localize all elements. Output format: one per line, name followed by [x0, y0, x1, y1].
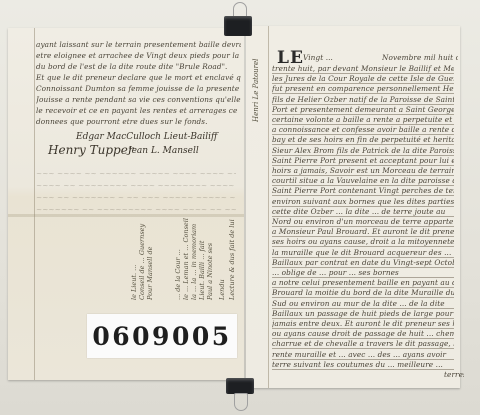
date-fragment: Novembre mil huit cent — [382, 54, 458, 62]
right-text-line: les Jures de la Cour Royale de cette Isl… — [272, 75, 454, 84]
binder-clip-top — [224, 16, 252, 36]
right-text-line: ou ayans cause droit de passage de huit … — [272, 330, 454, 339]
right-text-line: charrue et de chevalle a travers le dit … — [272, 340, 454, 349]
left-text-line: etre eloignee et arrachee de Vingt deux … — [36, 52, 241, 60]
left-text-line: ayant laissant sur le terrain presenteme… — [36, 41, 241, 49]
margin-note-line: Lendu — [218, 279, 226, 300]
bleed-through-text: ~~~~ ~~ ~~~~~~~~ ~~~~ ~~~~~~~~ ~~~~ ~~~~… — [36, 182, 236, 190]
margin-note-line: Paul a Ninote ses — [206, 243, 214, 300]
left-text-line: le recevoir et ce en payant les rentes e… — [36, 107, 241, 115]
right-text-line: fils de Helier Ozber natif de la Paroiss… — [272, 96, 454, 105]
right-text-line: Baillaux par contrat en date du Vingt-se… — [272, 259, 454, 268]
right-text-line: hoirs a jamais, Savoir est un Morceau de… — [272, 167, 454, 176]
right-text-line: trente huit, par devant Monsieur le Bail… — [272, 65, 454, 74]
margin-note-line: Lecture & dus fait de lui — [228, 219, 236, 300]
margin-rule — [34, 28, 35, 380]
catalog-number-label: 0609005 — [87, 314, 237, 358]
signature-tupper: Henry Tupper — [48, 143, 134, 157]
left-text-line: donnees que pourront etre dues sur le fo… — [36, 118, 211, 126]
right-text-line: Sieur Alex Brom fils de Patrick de la di… — [272, 147, 454, 156]
margin-note-line: Conseil de ... Guernsey — [138, 224, 146, 300]
margin-note-line: la ... la ... in memoriam — [190, 224, 198, 300]
right-text-line: Nord ou environ d'un morceau de terre ap… — [272, 218, 454, 227]
margin-rule — [268, 26, 269, 388]
right-text-line: bay et de ses hoirs en fin de perpetuité… — [272, 136, 454, 145]
page-fold — [8, 214, 244, 217]
right-text-line: fut present en comparence personnellemen… — [272, 85, 454, 94]
left-text-line: Connoissant Dumton sa femme jouisse de l… — [36, 85, 241, 93]
right-text-line: Brouard la moitie du bord de la dite Mur… — [272, 289, 454, 298]
margin-note-line: le Lieut. ... — [130, 265, 138, 300]
signature-mansell: Jean L. Mansell — [128, 146, 199, 156]
right-text-line: terre suivant les coutumes du ... meille… — [272, 361, 454, 370]
right-text-line: jamais entre deux. Et auront le dit pren… — [272, 320, 454, 329]
right-text-line: certaine volonte a baille a rente a perp… — [272, 116, 454, 125]
right-text-line: Baillaux un passage de huit pieds de lar… — [272, 310, 454, 319]
margin-note-line: ... de la Cour ... — [174, 249, 182, 300]
margin-note-line: Pour Mansell de — [146, 246, 154, 300]
bleed-through-text: ~~~ ~~ ~~~~~~~ ~ ~~ ~~~ ~~~~~ ~~~~~ ~~ ~… — [36, 194, 236, 202]
left-text-line: Et que le dit preneur declare que le mor… — [36, 74, 241, 82]
signature-macculloch: Edgar MacCulloch Lieut-Bailiff — [76, 132, 217, 142]
right-text-line: ses hoirs ou ayans cause, droit a la mit… — [272, 238, 454, 247]
margin-note-line: Lieut. Bailli ... fait — [198, 241, 206, 300]
bleed-through-text: ~~~~~~~ ~~ ~~~~~~~~~ ~~~~ ~~~~ ~~ ~~~~~~ — [36, 206, 236, 214]
heading-continuation: Vingt ... — [303, 54, 343, 62]
binder-clip-handle — [234, 393, 248, 411]
right-text-line: cette dite Ozber ... la dite ... de terr… — [272, 208, 454, 217]
right-text-line: rente muraille et ... avec ... des ... a… — [272, 351, 454, 360]
margin-note-line: le ... Leman et ... Conseil — [182, 218, 190, 300]
catchword: terres — [444, 371, 464, 379]
left-text-line: du bord de l'est de la dite route dite "… — [36, 63, 241, 71]
bleed-through-text: ~~~ ~~~~ ~~ ~~~~~~ ~~~~~ ~~~~ ~~~~ ~~~~ — [36, 170, 236, 178]
right-text-line: a Monsieur Paul Brouard. Et auront le di… — [272, 228, 454, 237]
right-text-line: courtil situe a la Vauvelaine en la dite… — [272, 177, 454, 186]
right-text-line: Sud ou environ au mur de la dite ... de … — [272, 300, 454, 309]
right-text-line: ... oblige de ... pour ... ses bornes — [272, 269, 454, 278]
catalog-number: 0609005 — [92, 322, 231, 351]
binder-clip-bottom — [226, 378, 254, 394]
vertical-margin-note: Henri Le Patourel — [252, 59, 260, 122]
right-text-line: la muraille que le dit Brouard acquereur… — [272, 249, 454, 258]
right-text-line: Saint Pierre Port contenant Vingt perche… — [272, 187, 454, 196]
right-text-line: a notre celui presentement baille en pay… — [272, 279, 454, 288]
right-text-line: a connoissance et confesse avoir baille … — [272, 126, 454, 135]
left-text-line: Jouisse a rente pendant sa vie ces conve… — [36, 96, 241, 104]
right-text-line: environ suivant aux bornes que les dites… — [272, 198, 454, 207]
right-text-line: Saint Pierre Port present et acceptant p… — [272, 157, 454, 166]
right-text-line: Port et presentement demeurant a Saint G… — [272, 106, 454, 115]
